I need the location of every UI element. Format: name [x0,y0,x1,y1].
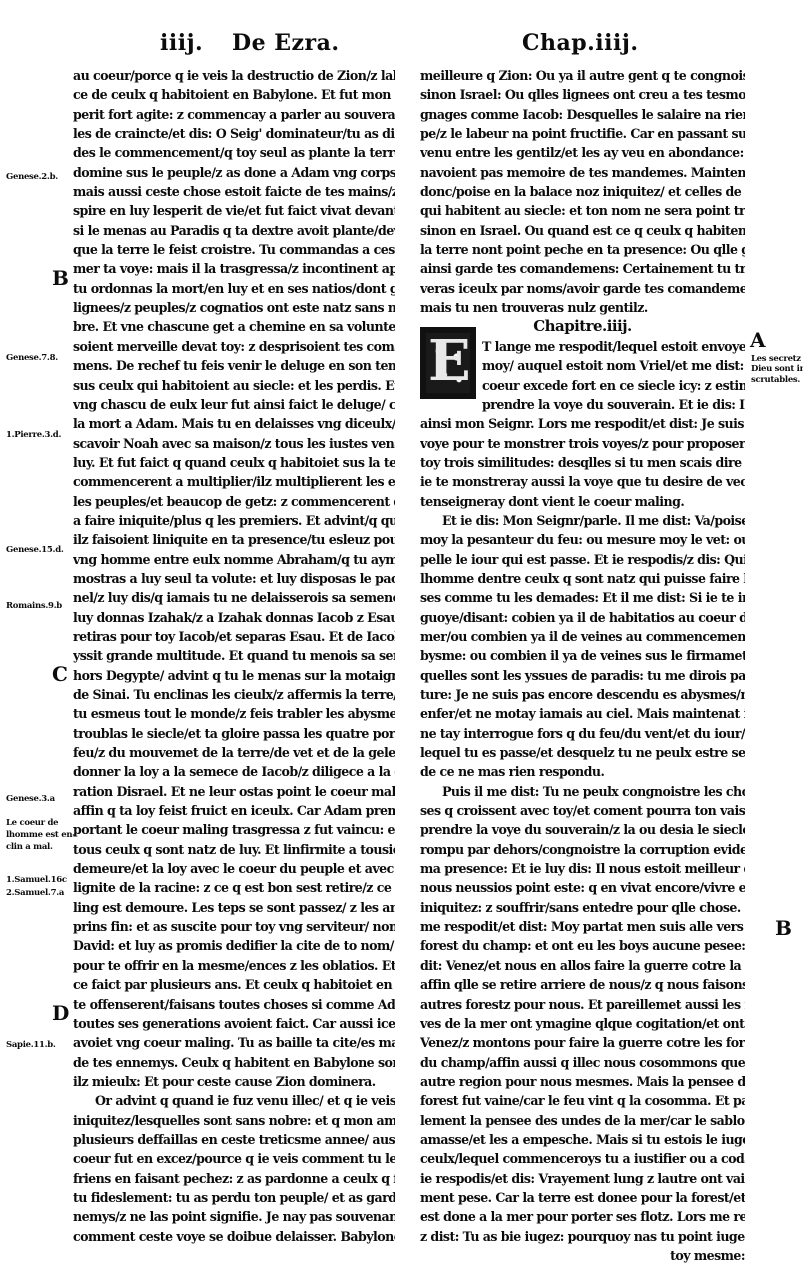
text-line: nel/z luy dis/q iamais tu ne delaisseroi… [73,588,395,607]
decorated-initial: E [420,327,476,399]
text-line: z dist: Tu as bie iugez: pourquoy nas tu… [420,1227,745,1246]
text-line: Puis il me dist: Tu ne peulx congnoistre… [420,782,745,801]
text-line: soient merveille devat toy: z desprisoie… [73,337,395,356]
text-line: spire en luy lesperit de vie/et fut faic… [73,201,395,220]
text-line: lignite de la racine: z ce q est bon ses… [73,878,395,897]
text-line: donc/poise en la balace noz iniquitez/ e… [420,182,745,201]
text-line: te offenserent/faisans toutes choses si … [73,995,395,1014]
text-line: mais tu nen trouveras nulz gentilz. [420,298,745,317]
text-line: pe/z le labeur na point fructifie. Car e… [420,124,745,143]
text-line: venu entre les gentilz/et les ay veu en … [420,143,745,162]
text-line: qui habitent au siecle: et ton nom ne se… [420,201,745,220]
text-line: de Sinai. Tu enclinas les cieulx/z affer… [73,685,395,704]
text-line: plusieurs deffaillas en ceste treticsme … [73,1130,395,1149]
text-line: moy la pesanteur du feu: ou mesure moy l… [420,530,745,549]
text-line: affin q ta loy feist fruict en iceulx. C… [73,801,395,820]
margin-reference: Sapie.11.b. [6,1040,56,1051]
text-line: ilz mieulx: Et pour ceste cause Zion dom… [73,1072,395,1091]
text-line: a faire iniquite/plus q les premiers. Et… [73,511,395,530]
text-line: amasse/et les a empesche. Mais si tu est… [420,1130,745,1149]
text-line: pour te offrir en la mesme/ences z les o… [73,956,395,975]
text-line: avoiet vng coeur maling. Tu as baille ta… [73,1033,395,1052]
margin-reference: Romains.9.b [6,601,62,612]
text-line: autre region pour nous mesmes. Mais la p… [420,1072,745,1091]
margin-reference: lhomme est en- [6,830,75,841]
initial-letter: E [428,331,471,391]
text-line: dit: Venez/et nous en allos faire la gue… [420,956,745,975]
text-line: bre. Et vne chascune get a chemine en sa… [73,317,395,336]
text-line: ie respodis/et dis: Vrayement lung z lau… [420,1169,745,1188]
margin-reference: Genese.15.d. [6,545,64,556]
text-line: mais aussi ceste chose estoit faicte de … [73,182,395,201]
text-line: les de craincte/et dis: O Seig' dominate… [73,124,395,143]
text-line: sinon Israel: Ou qlles lignees ont creu … [420,85,745,104]
text-line: portant le coeur maling trasgressa z fut… [73,820,395,839]
text-line: lignees/z peuples/z cognatios ont este n… [73,298,395,317]
text-line: tu ordonnas la mort/en luy et en ses nat… [73,279,395,298]
text-line: rompu par dehors/congnoistre la corrupti… [420,840,745,859]
text-line: domine sus le peuple/z as done a Adam vn… [73,163,395,182]
folio-number: iiij. [160,30,203,56]
margin-reference: 1.Samuel.16c [6,875,67,886]
text-line: toy trois similitudes: desqlles si tu me… [420,453,745,472]
section-marker: B [52,268,69,288]
text-line: ainsi garde tes comandemens: Certainemen… [420,259,745,278]
text-line: ie te monstreray aussi la voye que tu de… [420,472,745,491]
text-line: ce de ceulx q habitoient en Babylone. Et… [73,85,395,104]
text-line: perit fort agite: z commencay a parler a… [73,105,395,124]
margin-reference: 1.Pierre.3.d. [6,430,61,441]
text-line: ment pese. Car la terre est donee pour l… [420,1188,745,1207]
text-line: du champ/affin aussi q illec nous cosomm… [420,1053,745,1072]
text-line: la terre nont point peche en ta presence… [420,240,745,259]
text-line: bysme: ou combien il ya de veines sus le… [420,646,745,665]
text-line: navoient pas memoire de tes mandemes. Ma… [420,163,745,182]
margin-gloss: Dieu sont in- [751,364,803,375]
text-line: ceulx/lequel commenceroys tu a iustifier… [420,1149,745,1168]
text-line: lequel tu es passe/et desquelz tu ne peu… [420,743,745,762]
text-line: Venez/z montons pour faire la guerre cot… [420,1033,745,1052]
text-line: ma presence: Et ie luy dis: Il nous esto… [420,859,745,878]
section-marker: C [52,664,68,684]
text-line: retiras pour toy Iacob/et separas Esau. … [73,627,395,646]
text-line: pelle le iour qui est passe. Et ie respo… [420,550,745,569]
text-line: lement la pensee des undes de la mer/car… [420,1111,745,1130]
section-marker: B [775,918,792,938]
text-line: affin qlle se retire arriere de nous/z q… [420,975,745,994]
text-line: voye pour te monstrer trois voyes/z pour… [420,434,745,453]
text-line: sus ceulx qui habitoient au siecle: et l… [73,376,395,395]
text-line: tenseigneray dont vient le coeur maling. [420,492,745,511]
text-line: lhomme dentre ceulx q sont natz qui puis… [420,569,745,588]
text-line: Et ie dis: Mon Seignr/parle. Il me dist:… [420,511,745,530]
text-line: donner la loy a la semece de Iacob/z dil… [73,762,395,781]
text-line: ves de la mer ont ymagine qlque cogitati… [420,1014,745,1033]
text-line: ture: Je ne suis pas encore descendu es … [420,685,745,704]
text-line: vng chascu de eulx leur fut ainsi faict … [73,395,395,414]
text-line: est done a la mer pour porter ses flotz.… [420,1207,745,1226]
text-line: prendre la voye du souverain/z la ou des… [420,820,745,839]
right-text-column: meilleure q Zion: Ou ya il autre gent q … [420,66,745,1265]
text-line: ling est demoure. Les teps se sont passe… [73,898,395,917]
text-line: des le commencement/q toy seul as plante… [73,143,395,162]
text-line: scavoir Noah avec sa maison/z tous les i… [73,434,395,453]
text-line: David: et luy as promis dedifier la cite… [73,936,395,955]
text-line: troublas le siecle/et ta gloire passa le… [73,724,395,743]
text-line: luy. Et fut faict q quand ceulx q habito… [73,453,395,472]
text-line: mostras a luy seul ta volute: et luy dis… [73,569,395,588]
margin-reference: 2.Samuel.7.a [6,888,64,899]
margin-gloss: scrutables. [751,375,800,386]
text-line: demeure/et la loy avec le coeur du peupl… [73,859,395,878]
text-line: au coeur/porce q ie veis la destructio d… [73,66,395,85]
text-line: iniquitez/lesquelles sont sans nobre: et… [73,1111,395,1130]
section-marker: D [52,1003,69,1023]
text-line: tous ceulx q sont natz de luy. Et linfir… [73,840,395,859]
text-line: autres forestz pour nous. Et pareillemet… [420,995,745,1014]
book-page: iiij. De Ezra. Chap.iiij. au coeur/porce… [0,0,803,1269]
text-line: prins fin: et as suscite pour toy vng se… [73,917,395,936]
text-line: de ce ne mas rien respondu. [420,762,745,781]
text-line: yssit grande multitude. Et quand tu meno… [73,646,395,665]
text-line: ses q croissent avec toy/et coment pourr… [420,801,745,820]
text-line: enfer/et ne motay iamais au ciel. Mais m… [420,704,745,723]
text-line: la mort a Adam. Mais tu en delaisses vng… [73,414,395,433]
text-line: ne tay interrogue fors q du feu/du vent/… [420,724,745,743]
text-line: de tes ennemys. Ceulx q habitent en Baby… [73,1053,395,1072]
text-line: toutes ses generations avoient faict. Ca… [73,1014,395,1033]
margin-reference: Le coeur de [6,818,58,829]
text-line: ration Disrael. Et ne leur ostas point l… [73,782,395,801]
text-line: tu fideslement: tu as perdu ton peuple/ … [73,1188,395,1207]
text-line: veras iceulx par noms/avoir garde tes co… [420,279,745,298]
section-marker: A [750,330,766,350]
text-line: Or advint q quand ie fuz venu illec/ et … [73,1091,395,1110]
text-line: luy donnas Izahak/z a Izahak donnas Iaco… [73,608,395,627]
text-line: mens. De rechef tu feis venir le deluge … [73,356,395,375]
text-line: ce faict par plusieurs ans. Et ceulx q h… [73,975,395,994]
text-line: coeur fut en excez/pource q ie veis comm… [73,1149,395,1168]
text-line: forest fut vaine/car le feu vint q la co… [420,1091,745,1110]
text-line: nemys/z ne las point signifie. Je nay pa… [73,1207,395,1226]
margin-reference: Genese.3.a [6,794,55,805]
text-line: vng homme entre eulx nomme Abraham/q tu … [73,550,395,569]
text-line: forest du champ: et ont eu les boys aucu… [420,936,745,955]
left-text-column: au coeur/porce q ie veis la destructio d… [73,66,395,1246]
text-line: comment ceste voye se doibue delaisser. … [73,1227,395,1246]
text-line: friens en faisant pechez: z as pardonne … [73,1169,395,1188]
text-line: ilz faisoient liniquite en ta presence/t… [73,530,395,549]
margin-reference: Genese.7.8. [6,353,58,364]
chapter-running-head: Chap.iiij. [522,30,639,56]
text-line: iniquitez: z souffrir/sans entedre pour … [420,898,745,917]
text-line: ses comme tu les demades: Et il me dist:… [420,588,745,607]
text-line: tu esmeus tout le monde/z feis trabler l… [73,704,395,723]
margin-reference: clin a mal. [6,842,53,853]
text-line: mer ta voye: mais il la trasgressa/z inc… [73,259,395,278]
text-line: quelles sont les yssues de paradis: tu m… [420,666,745,685]
text-line: toy mesme: [420,1246,745,1265]
text-line: guoye/disant: cobien ya il de habitatios… [420,608,745,627]
text-line: me respodit/et dist: Moy partat men suis… [420,917,745,936]
margin-reference: Genese.2.b. [6,172,58,183]
text-line: les peuples/et beaucop de getz: z commen… [73,492,395,511]
text-line: meilleure q Zion: Ou ya il autre gent q … [420,66,745,85]
text-line: hors Degypte/ advint q tu le menas sur l… [73,666,395,685]
text-line: feu/z du mouvemet de la terre/de vet et … [73,743,395,762]
text-line: ainsi mon Seignr. Lors me respodit/et di… [420,414,745,433]
text-line: si le menas au Paradis q ta dextre avoit… [73,221,395,240]
text-line: mer/ou combien ya il de veines au commen… [420,627,745,646]
text-line: commencerent a multiplier/ilz multiplier… [73,472,395,491]
text-line: gnages comme Iacob: Desquelles le salair… [420,105,745,124]
text-line: nous neussios point este: q en vivat enc… [420,878,745,897]
book-title: De Ezra. [232,30,340,56]
text-line: que la terre le feist croistre. Tu comma… [73,240,395,259]
text-line: sinon en Israel. Ou quand est ce q ceulx… [420,221,745,240]
